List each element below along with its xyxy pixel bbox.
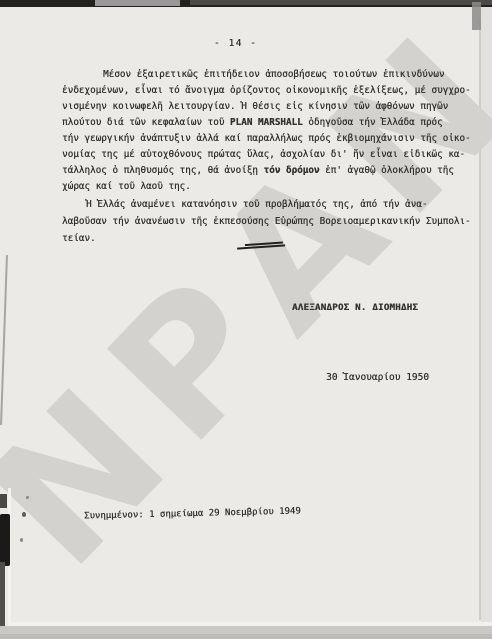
binding-mark bbox=[0, 514, 10, 566]
text-segment: λαβοῦσαν τήν ἀνανέωσιν τῆς ἐκπεσούσης Εὐ… bbox=[62, 216, 471, 227]
scan-speck bbox=[26, 496, 29, 499]
text-segment: τάλληλος ὁ πληθυσμός της, θά ἀνοίξῃ bbox=[62, 165, 264, 176]
text-segment: Μέσον ἐξαιρετικῶς ἐπιτήδειον ἀποσοβήσεως… bbox=[103, 69, 444, 80]
text-segment: νομίας της μέ αὐτοχθόνους πρώτας ὕλας, ἀ… bbox=[62, 149, 465, 160]
binding-mark bbox=[0, 494, 7, 508]
scan-top-edge-patch bbox=[95, 0, 180, 6]
binding-edge-line bbox=[0, 255, 8, 425]
scan-bottom-strip-dark bbox=[0, 634, 492, 639]
text-segment: ὁδηγοῦσα τήν Ἑλλάδα πρός bbox=[303, 117, 443, 128]
text-segment: νισμένην κοινωφελῆ λειτουργίαν. Ἡ θέσις … bbox=[62, 101, 448, 112]
scanned-document-page: ΝΡΑΝ - 14 - Μέσον ἐξαιρετικῶς ἐπιτήδειον… bbox=[0, 0, 492, 639]
text-segment: τείαν. bbox=[62, 233, 96, 244]
text-line: ἐνδεχομένων, εἶναι τό ἄνοιγμα ὁρίζοντος … bbox=[62, 83, 471, 99]
text-line: νισμένην κοινωφελῆ λειτουργίαν. Ἡ θέσις … bbox=[62, 99, 471, 115]
document-date: 30 Ἰανουαρίου 1950 bbox=[326, 372, 429, 383]
signature-name: ΑΛΕΞΑΝΔΡΟΣ Ν. ΔΙΟΜΗΔΗΣ bbox=[292, 302, 418, 313]
text-segment-emphasis: PLAN MARSHALL bbox=[230, 117, 303, 128]
scan-speck bbox=[20, 538, 23, 542]
text-segment: ἐνδεχομένων, εἶναι τό ἄνοιγμα ὁρίζοντος … bbox=[62, 85, 471, 96]
text-segment: χώρας καί τοῦ λαοῦ της. bbox=[62, 181, 191, 192]
text-line: τάλληλος ὁ πληθυσμός της, θά ἀνοίξῃ τόν … bbox=[62, 163, 471, 179]
text-line: νομίας της μέ αὐτοχθόνους πρώτας ὕλας, ἀ… bbox=[62, 147, 471, 163]
text-line: Ἡ Ἑλλάς ἀναμένει κατανόησιν τοῦ προβλήμα… bbox=[62, 196, 471, 213]
paragraph-2: Ἡ Ἑλλάς ἀναμένει κατανόησιν τοῦ προβλήμα… bbox=[62, 196, 471, 247]
scan-corner-streak bbox=[472, 2, 481, 30]
page-number: - 14 - bbox=[214, 38, 257, 49]
text-segment-emphasis: τόν δρόμον bbox=[264, 165, 320, 176]
text-line: λαβοῦσαν τήν ἀνανέωσιν τῆς ἐκπεσούσης Εὐ… bbox=[62, 213, 471, 230]
text-line: χώρας καί τοῦ λαοῦ της. bbox=[62, 179, 471, 195]
scan-speck bbox=[22, 512, 26, 517]
text-line: Μέσον ἐξαιρετικῶς ἐπιτήδειον ἀποσοβήσεως… bbox=[62, 67, 471, 83]
text-segment: πλούτου διά τῶν κεφαλαίων τοῦ bbox=[62, 117, 230, 128]
scan-top-edge-bar-right bbox=[190, 0, 492, 5]
binding-mark bbox=[0, 562, 5, 628]
text-line: τήν γεωργικήν ἀνάπτυξιν ἀλλά καί παραλλή… bbox=[62, 131, 471, 147]
text-segment: τήν γεωργικήν ἀνάπτυξιν ἀλλά καί παραλλή… bbox=[62, 133, 471, 144]
text-line: πλούτου διά τῶν κεφαλαίων τοῦ PLAN MARSH… bbox=[62, 115, 471, 131]
paragraph-1: Μέσον ἐξαιρετικῶς ἐπιτήδειον ἀποσοβήσεως… bbox=[62, 67, 471, 195]
text-segment: ἐπ' ἀγαθῷ ὁλοκλήρου τῆς bbox=[319, 165, 453, 176]
text-segment: Ἡ Ἑλλάς ἀναμένει κατανόησιν τοῦ προβλήμα… bbox=[86, 199, 427, 210]
